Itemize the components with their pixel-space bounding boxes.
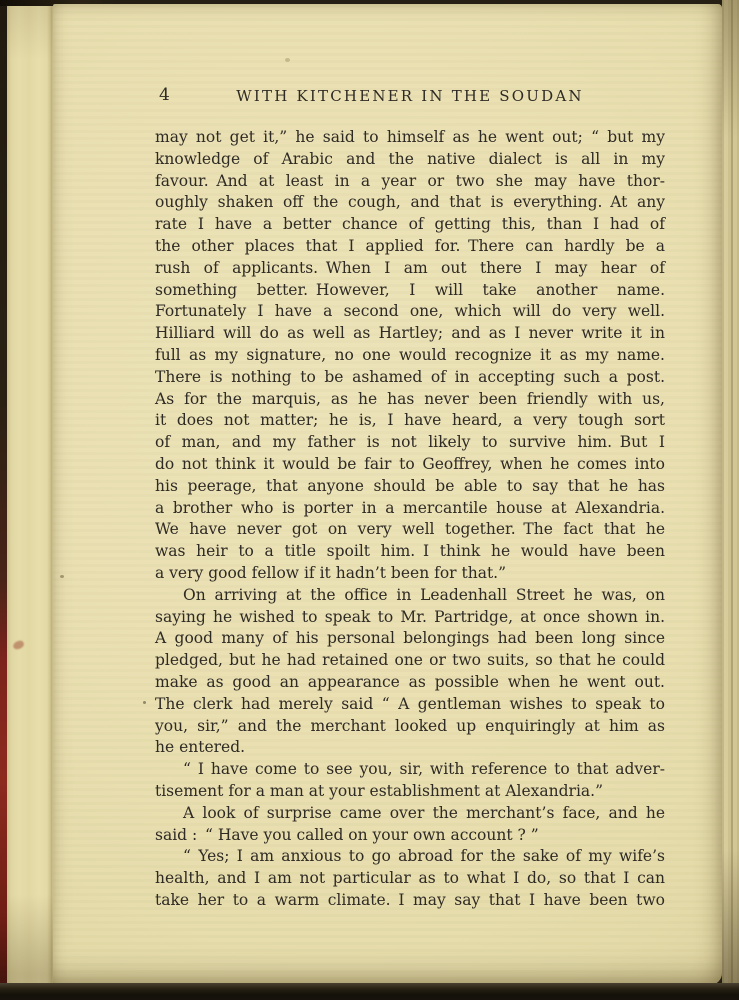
text-line: it does not matter; he is, I have heard,… (155, 410, 665, 432)
text-line: A look of surprise came over the merchan… (155, 803, 665, 825)
text-line: full as my signature, no one would recog… (155, 345, 665, 367)
text-line: We have never got on very well together.… (155, 519, 665, 541)
text-line: a very good fellow if it hadn’t been for… (155, 563, 665, 585)
text-line: said : “ Have you called on your own acc… (155, 825, 665, 847)
text-line: a brother who is porter in a mercantile … (155, 498, 665, 520)
text-line: As for the marquis, as he has never been… (155, 389, 665, 411)
book-page: 4 WITH KITCHENER IN THE SOUDAN may not g… (53, 4, 722, 985)
text-line: he entered. (155, 737, 665, 759)
text-line: oughly shaken off the cough, and that is… (155, 192, 665, 214)
text-line: On arriving at the office in Leadenhall … (155, 585, 665, 607)
printed-content: 4 WITH KITCHENER IN THE SOUDAN may not g… (155, 86, 665, 912)
text-line: saying he wished to speak to Mr. Partrid… (155, 607, 665, 629)
text-line: take her to a warm climate. I may say th… (155, 890, 665, 912)
bottom-shadow-band (0, 983, 739, 1000)
text-line: of man, and my father is not likely to s… (155, 432, 665, 454)
text-block: may not get it,” he said to himself as h… (155, 127, 665, 912)
text-line: may not get it,” he said to himself as h… (155, 127, 665, 149)
text-line: make as good an appearance as possible w… (155, 672, 665, 694)
text-line: was heir to a title spoilt him. I think … (155, 541, 665, 563)
text-line: favour. And at least in a year or two sh… (155, 171, 665, 193)
text-line: the other places that I applied for. The… (155, 236, 665, 258)
text-line: health, and I am not particular as to wh… (155, 868, 665, 890)
page-speck (143, 701, 146, 704)
page-header: 4 WITH KITCHENER IN THE SOUDAN (155, 86, 665, 106)
page-speck (60, 575, 64, 578)
text-line: his peerage, that anyone should be able … (155, 476, 665, 498)
page-speck (285, 58, 290, 62)
text-line: you, sir,” and the merchant looked up en… (155, 716, 665, 738)
text-line: knowledge of Arabic and the native diale… (155, 149, 665, 171)
text-line: The clerk had merely said “ A gentleman … (155, 694, 665, 716)
text-line: tisement for a man at your establishment… (155, 781, 665, 803)
text-line: A good many of his personal belongings h… (155, 628, 665, 650)
text-line: “ I have come to see you, sir, with refe… (155, 759, 665, 781)
book-cover-spine (0, 0, 7, 1000)
book-photo: 4 WITH KITCHENER IN THE SOUDAN may not g… (0, 0, 739, 1000)
text-line: Hilliard will do as well as Hartley; and… (155, 323, 665, 345)
text-line: Fortunately I have a second one, which w… (155, 301, 665, 323)
text-line: There is nothing to be ashamed of in acc… (155, 367, 665, 389)
running-title: WITH KITCHENER IN THE SOUDAN (155, 86, 665, 106)
text-line: pledged, but he had retained one or two … (155, 650, 665, 672)
text-line: something better. However, I will take a… (155, 280, 665, 302)
page-stack-right-edge (722, 0, 739, 988)
text-line: “ Yes; I am anxious to go abroad for the… (155, 846, 665, 868)
text-line: rate I have a better chance of getting t… (155, 214, 665, 236)
text-line: rush of applicants. When I am out there … (155, 258, 665, 280)
page-number: 4 (159, 85, 170, 105)
page-stack-left-edge (7, 0, 53, 994)
text-line: do not think it would be fair to Geoffre… (155, 454, 665, 476)
